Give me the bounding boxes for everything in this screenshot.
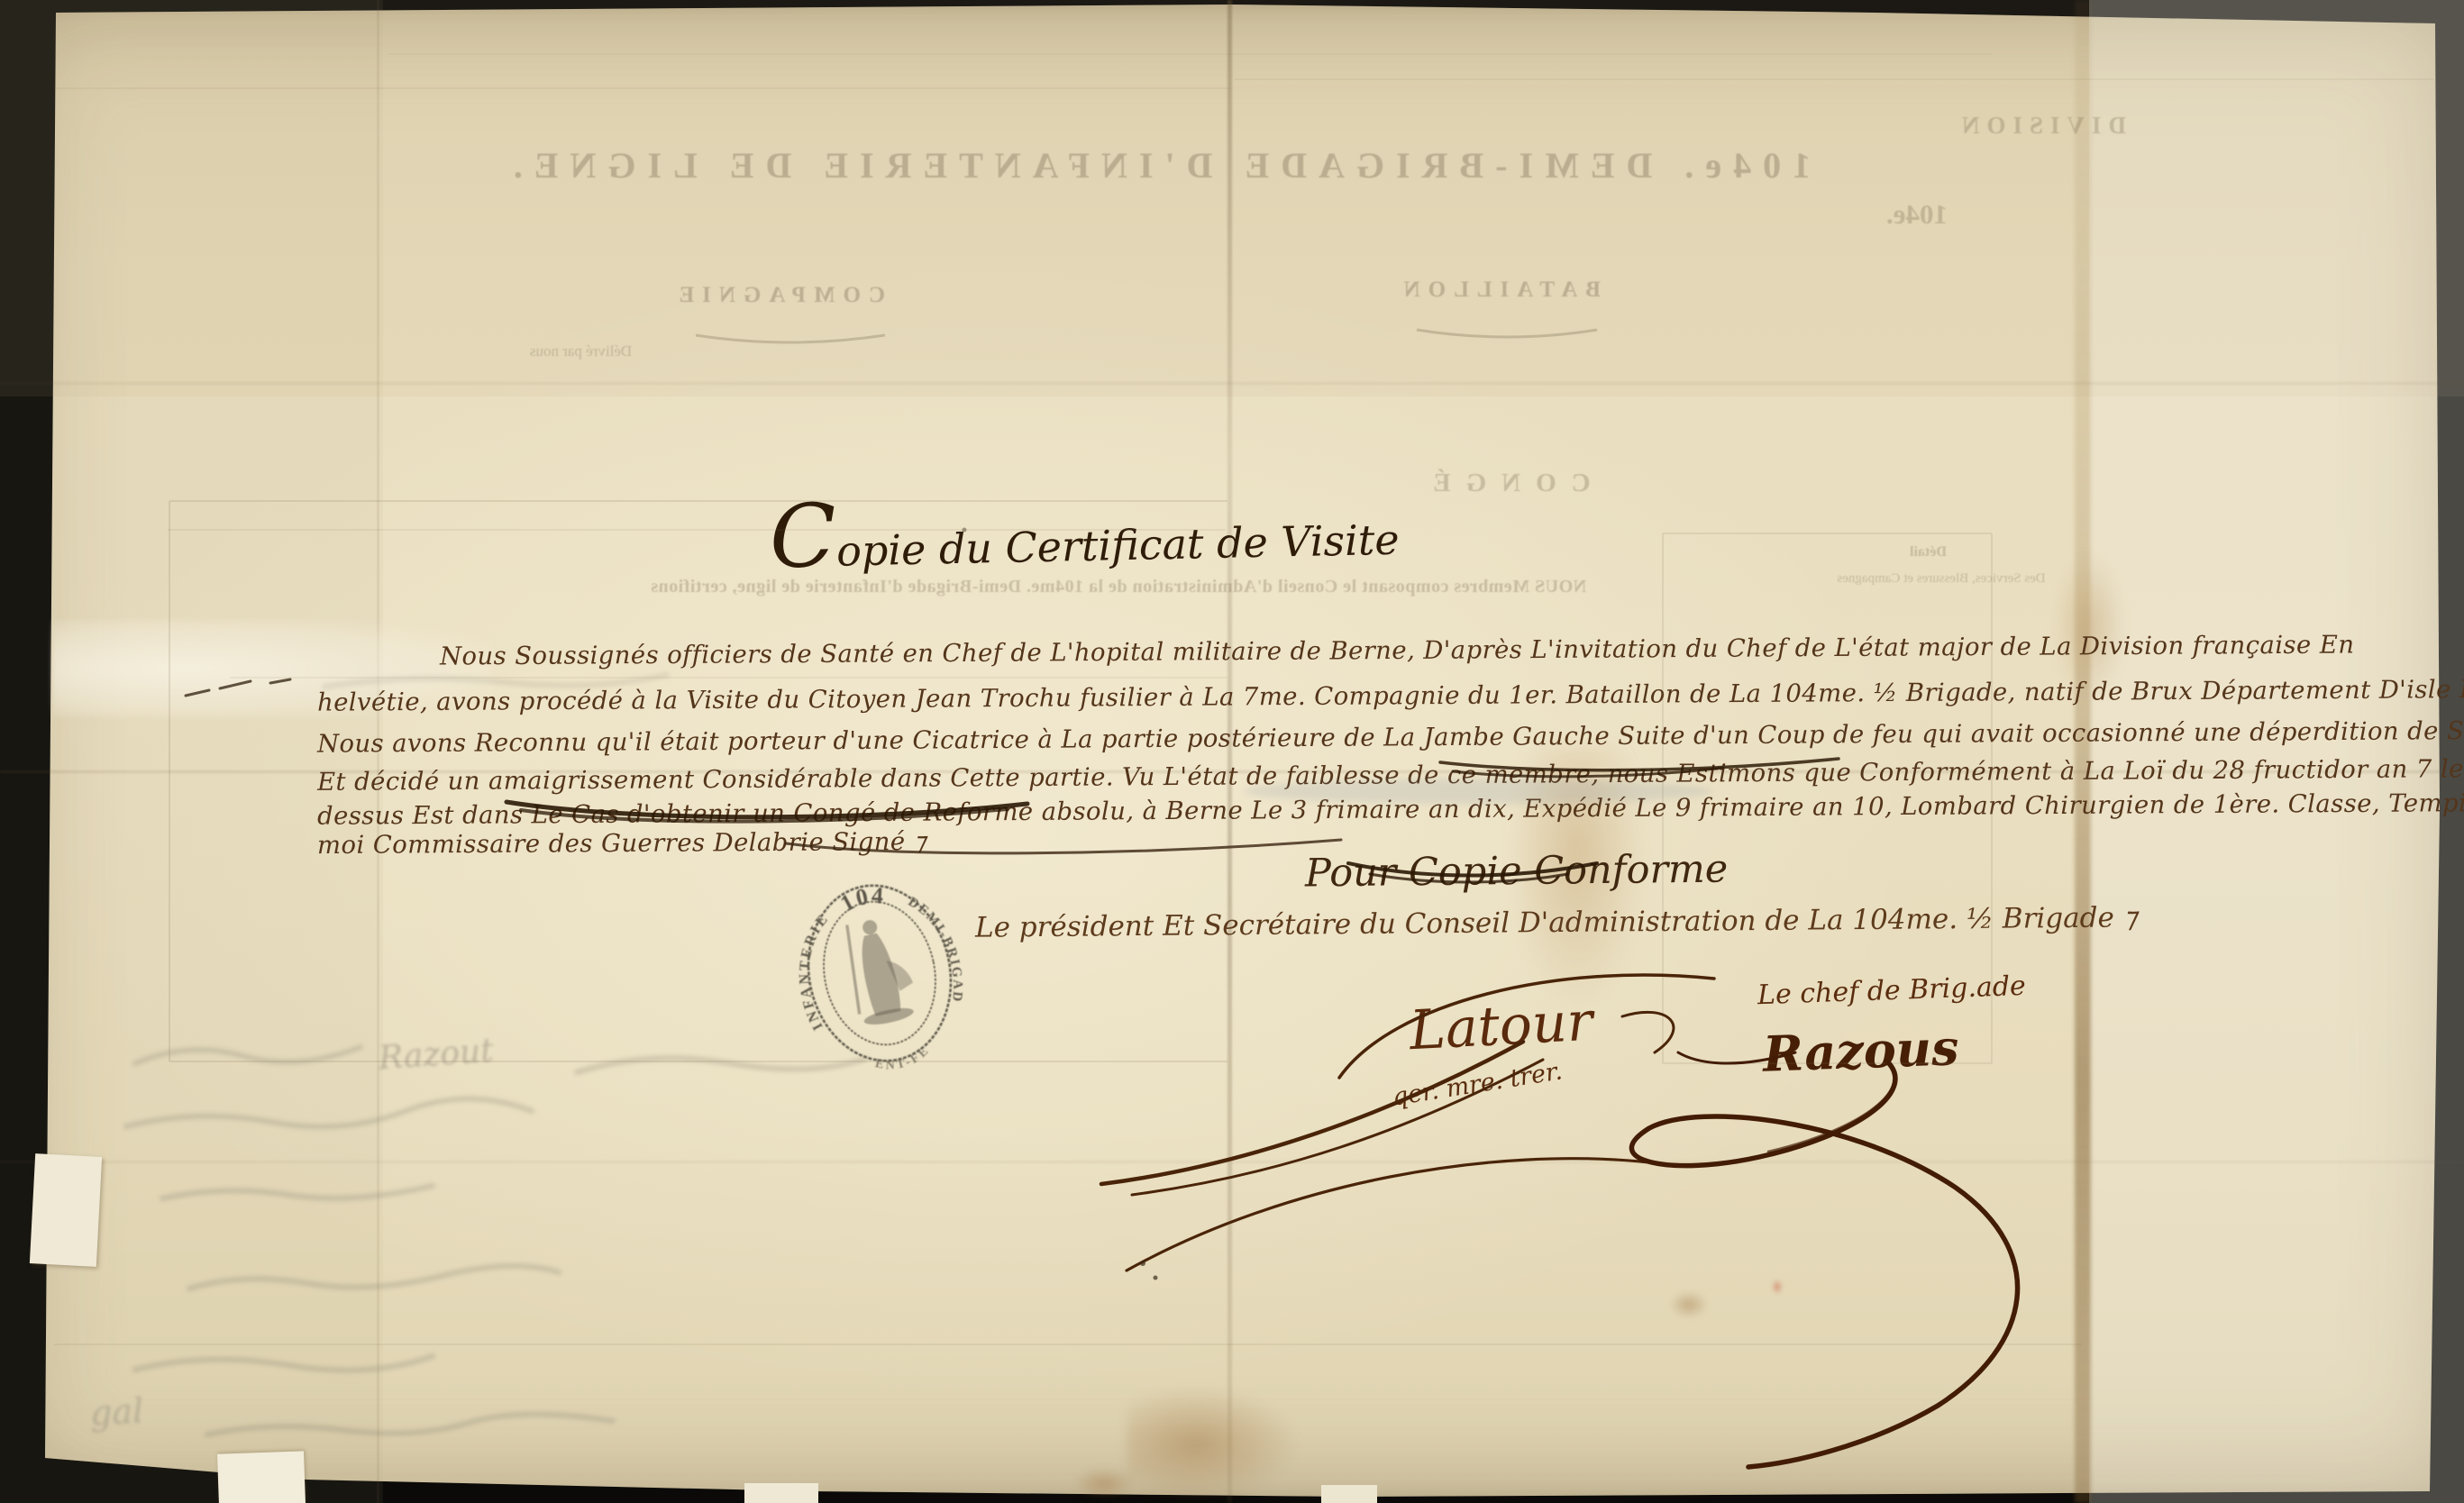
certificate-title: Copie du Certificat de Visite — [769, 498, 1400, 578]
bleedthrough-battalion-label: BATAILLON — [1410, 278, 1601, 303]
signature-latour: Latour — [1408, 990, 1594, 1063]
bleedthrough-detail-line: Des Services, Blessures et Campagnes — [1788, 571, 2094, 587]
body-line-6: moi Commissaire des Guerres Delabrie Sig… — [317, 827, 926, 860]
signature-razous: Razous — [1762, 1018, 1960, 1083]
closing-formula: Pour Copie Conforme — [1305, 847, 1729, 897]
bleedthrough-unit-number: 104e. — [1867, 198, 1967, 231]
bleedthrough-detail-label: Détail — [1885, 544, 1971, 560]
document-scan: 104e. DEMI-BRIGADE D'INFANTERIE DE LIGNE… — [0, 0, 2464, 1503]
bleedthrough-small-print: Délivré par nous — [479, 342, 682, 360]
stamp-number: 104 — [835, 879, 891, 918]
ghost-pencil-note-2: gal — [89, 1390, 144, 1433]
svg-text:104: 104 — [835, 879, 891, 918]
stamp-figure — [839, 914, 920, 1028]
bleedthrough-company-label: COMPAGNIE — [687, 283, 885, 308]
bleedthrough-conge-label: CONGÉ — [1406, 469, 1602, 498]
bleedthrough-header: 104e. DEMI-BRIGADE D'INFANTERIE DE LIGNE… — [449, 144, 1864, 187]
bleedthrough-division-label: DIVISION — [1945, 112, 2136, 140]
bleedthrough-council-line: NOUS Membres composant le Conseil d'Admi… — [573, 577, 1664, 597]
